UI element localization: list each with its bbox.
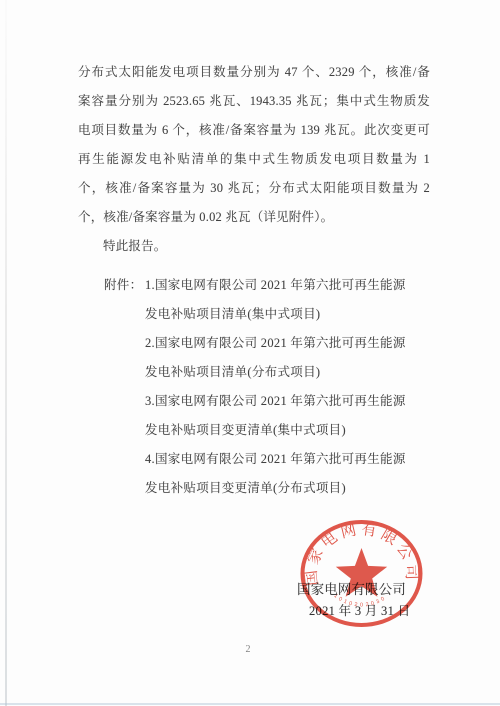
attachment-item: 发电补贴项目变更清单(集中式项目): [104, 416, 444, 445]
scan-edge-bottom: [0, 703, 500, 705]
attachment-row: 附件： 1.国家电网有限公司 2021 年第六批可再生能源: [104, 271, 444, 300]
body-line: 再生能源发电补贴清单的集中式生物质发电项目数量为 1: [78, 145, 430, 174]
body-line: 个，核准/备案容量为 30 兆瓦；分布式太阳能项目数量为 2: [78, 174, 430, 203]
svg-text:1010202030: 1010202030: [332, 593, 386, 609]
attachment-item: 发电补贴项目变更清单(分布式项目): [104, 474, 444, 503]
page-number: 2: [238, 644, 258, 655]
document-page: 分布式太阳能发电项目数量分别为 47 个、2329 个，核准/备 案容量分别为 …: [0, 0, 500, 706]
attachment-item: 3.国家电网有限公司 2021 年第六批可再生能源: [104, 387, 444, 416]
attachment-item: 发电补贴项目清单(集中式项目): [104, 300, 444, 329]
seal-number: 1010202030: [332, 593, 386, 609]
scan-edge-left: [5, 0, 7, 706]
body-line: 电项目数量为 6 个，核准/备案容量为 139 兆瓦。此次变更可: [78, 116, 430, 145]
attachment-item: 发电补贴项目清单(分布式项目): [104, 358, 444, 387]
body-paragraph: 分布式太阳能发电项目数量分别为 47 个、2329 个，核准/备 案容量分别为 …: [78, 58, 430, 261]
attachment-item: 1.国家电网有限公司 2021 年第六批可再生能源: [145, 271, 406, 300]
star-icon: [336, 548, 387, 597]
attachments-label: 附件：: [104, 271, 145, 300]
official-seal-stamp: 国家电网有限公司 1010202030: [296, 512, 428, 637]
attachment-item: 2.国家电网有限公司 2021 年第六批可再生能源: [104, 329, 444, 358]
body-line: 分布式太阳能发电项目数量分别为 47 个、2329 个，核准/备: [78, 58, 430, 87]
attachments-block: 附件： 1.国家电网有限公司 2021 年第六批可再生能源 发电补贴项目清单(集…: [104, 271, 444, 503]
closing-line: 特此报告。: [103, 232, 430, 261]
body-line: 案容量分别为 2523.65 兆瓦、1943.35 兆瓦；集中式生物质发: [78, 87, 430, 116]
body-line: 个，核准/备案容量为 0.02 兆瓦（详见附件）。: [78, 203, 430, 232]
attachment-item: 4.国家电网有限公司 2021 年第六批可再生能源: [104, 445, 444, 474]
